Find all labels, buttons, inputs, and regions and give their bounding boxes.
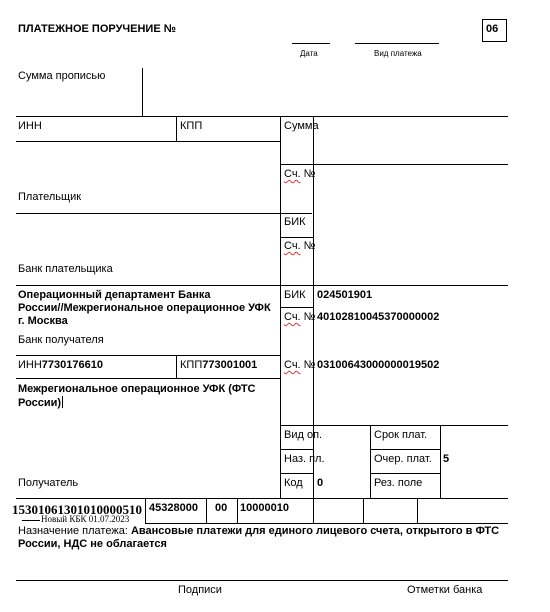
divider — [237, 498, 238, 523]
amount-words-label: Сумма прописью — [18, 70, 105, 83]
term-label: Срок плат. — [374, 429, 427, 442]
recipient-bank-label: Банк получателя — [18, 334, 104, 347]
pay-purpose-label: Наз. пл. — [284, 453, 325, 466]
basis-value[interactable]: 00 — [215, 502, 227, 515]
purpose-line-1[interactable]: Назначение платежа: Авансовые платежи дл… — [18, 525, 499, 538]
divider — [280, 237, 313, 238]
recipient-bank-name-line-3[interactable]: г. Москва — [18, 315, 68, 328]
amount-words-field[interactable] — [146, 70, 506, 114]
payer-bank-account-label: Сч. № — [284, 240, 315, 253]
recipient-bank-account-label: Сч. № — [284, 311, 315, 324]
recipient-name-line-1[interactable]: Межрегиональное операционное УФК (ФТС — [18, 383, 256, 396]
divider — [363, 498, 364, 523]
form-code-box[interactable]: 06 — [482, 19, 507, 42]
payer-kpp-label: КПП — [180, 120, 202, 133]
divider — [16, 285, 508, 286]
payer-bank-bik-label: БИК — [284, 216, 306, 229]
date-label: Дата — [300, 47, 318, 60]
payer-inn-label: ИНН — [18, 120, 42, 133]
payer-bank-label: Банк плательщика — [18, 263, 113, 276]
divider — [417, 498, 418, 523]
purpose-line-2[interactable]: России, НДС не облагается — [18, 538, 167, 551]
kbk-note-line — [22, 520, 40, 521]
reserve-label: Рез. поле — [374, 477, 422, 490]
payer-account-field[interactable] — [318, 166, 506, 212]
code-label: Код — [284, 477, 303, 490]
recipient-account-label: Сч. № — [284, 359, 315, 372]
divider — [280, 425, 508, 426]
divider — [440, 425, 441, 498]
recipient-bank-name-line-2[interactable]: России//Межрегиональное операционное УФК — [18, 302, 271, 315]
divider — [145, 498, 146, 523]
period-value[interactable]: 10000010 — [240, 502, 289, 515]
divider — [280, 164, 508, 165]
payer-amount-label: Сумма — [284, 120, 319, 133]
divider — [142, 68, 143, 116]
divider — [16, 213, 312, 214]
divider — [16, 378, 280, 379]
recipient-inn-value[interactable]: 7730176610 — [42, 359, 103, 371]
kbk-note: Новый КБК 01.07.2023 — [41, 514, 129, 524]
payment-type-line[interactable] — [355, 43, 439, 44]
payer-account-label: Сч. № — [284, 168, 315, 181]
recipient-bank-name-line-1[interactable]: Операционный департамент Банка — [18, 289, 210, 302]
priority-value[interactable]: 5 — [443, 453, 449, 466]
signatures-label: Подписи — [178, 584, 222, 597]
divider — [370, 425, 371, 498]
divider — [280, 449, 313, 450]
divider — [16, 141, 280, 142]
divider — [280, 116, 281, 498]
priority-label: Очер. плат. — [374, 453, 432, 466]
divider — [176, 355, 177, 378]
op-type-label: Вид оп. — [284, 429, 322, 442]
recipient-inn-label: ИНН — [18, 359, 42, 371]
divider — [313, 498, 314, 523]
recipient-bank-bik-label: БИК — [284, 289, 306, 302]
payer-amount-field[interactable] — [318, 118, 506, 162]
divider — [206, 498, 207, 523]
recipient-label: Получатель — [18, 477, 78, 490]
recipient-kpp-label: КПП — [180, 359, 202, 371]
divider — [176, 116, 177, 141]
recipient-kpp[interactable]: КПП773001001 — [180, 359, 257, 372]
bank-marks-label: Отметки банка — [407, 584, 482, 597]
oktmo-value[interactable]: 45328000 — [149, 502, 198, 515]
payment-type-label: Вид платежа — [374, 47, 422, 60]
payer-label: Плательщик — [18, 191, 81, 204]
recipient-inn[interactable]: ИНН7730176610 — [18, 359, 103, 372]
code-value[interactable]: 0 — [317, 477, 323, 490]
signature-line — [16, 580, 508, 581]
document-title: ПЛАТЕЖНОЕ ПОРУЧЕНИЕ № — [18, 23, 176, 36]
date-line[interactable] — [292, 43, 330, 44]
text-cursor — [62, 396, 63, 408]
recipient-bank-account-value[interactable]: 40102810045370000002 — [317, 311, 439, 324]
divider — [145, 523, 508, 524]
divider — [280, 307, 313, 308]
purpose-label: Назначение платежа: — [18, 525, 128, 537]
recipient-kpp-value[interactable]: 773001001 — [202, 359, 257, 371]
divider — [370, 473, 440, 474]
divider — [280, 473, 313, 474]
divider — [16, 498, 508, 499]
divider — [16, 116, 508, 117]
recipient-name-line-2[interactable]: России) — [18, 396, 63, 410]
divider — [370, 449, 440, 450]
recipient-account-value[interactable]: 03100643000000019502 — [317, 359, 439, 372]
recipient-bank-bik-value[interactable]: 024501901 — [317, 289, 372, 302]
divider — [16, 355, 280, 356]
